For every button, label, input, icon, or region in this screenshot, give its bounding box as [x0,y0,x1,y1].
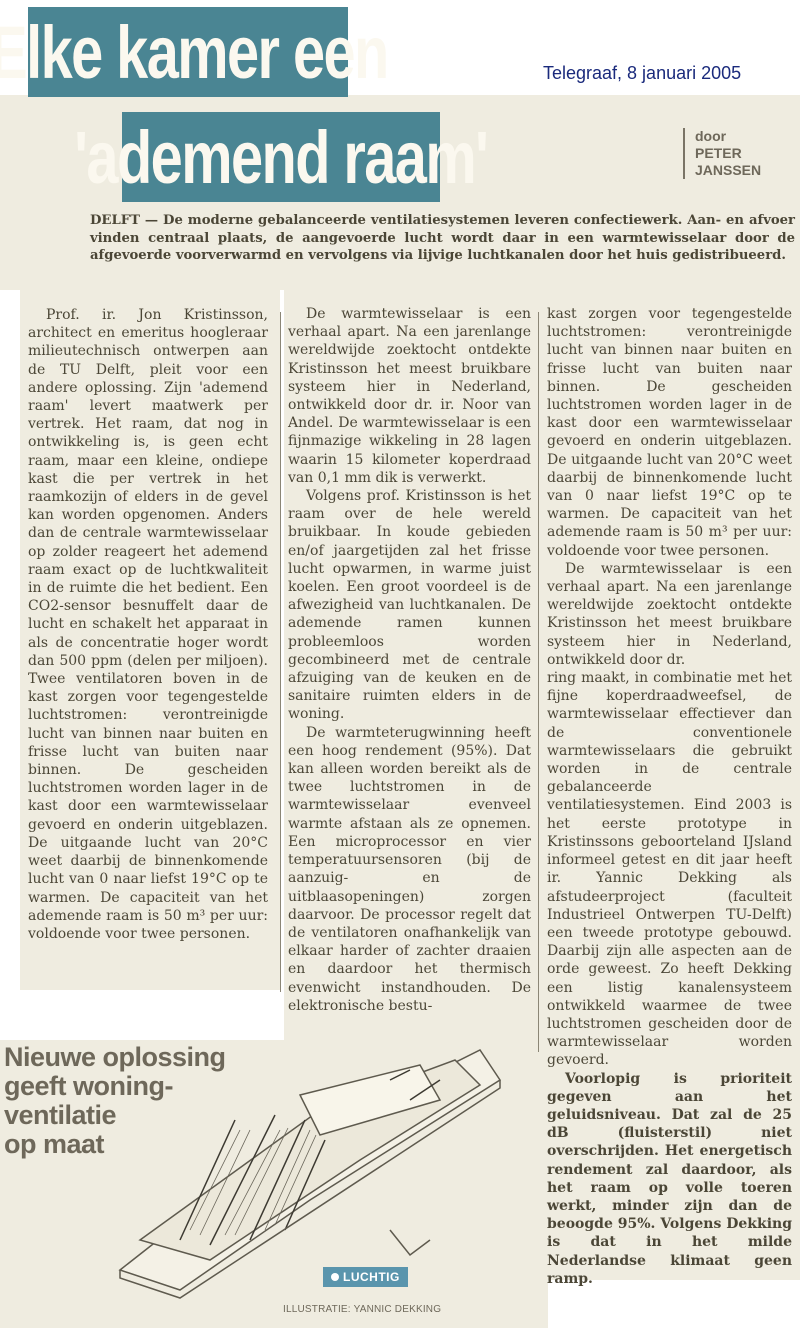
lead-paragraph: DELFT — De moderne gebalanceerde ventila… [90,212,795,265]
column-divider-1 [280,312,281,992]
byline-prefix: door [695,128,761,145]
illustration-title-line-3: ventilatie [4,1101,226,1130]
illustration-tag-label: LUCHTIG [343,1270,400,1284]
illustration-credit: ILLUSTRATIE: YANNIC DEKKING [283,1304,441,1315]
column-3-paragraph-1: kast zorgen voor tegengestelde luchtstro… [547,305,792,560]
headline-text-2: 'ademend raam' [74,115,487,200]
article-column-1: Prof. ir. Jon Kristinsson, architect en … [28,306,268,943]
headline-line-2: 'ademend raam' [122,112,440,202]
bullet-icon [331,1273,339,1281]
illustration-title-line-2: geeft woning- [4,1072,226,1101]
column-2-paragraph-2: Volgens prof. Kristinsson is het raam ov… [288,487,531,724]
article-column-3: kast zorgen voor tegengestelde luchtstro… [547,305,792,1288]
illustration-title-line-4: op maat [4,1130,226,1159]
illustration-tag: LUCHTIG [323,1267,408,1287]
headline-line-1: Elke kamer een [28,7,348,97]
article-column-2: De warmtewisselaar is een verhaal apart.… [288,305,531,1015]
column-2-paragraph-1: De warmtewisselaar is een verhaal apart.… [288,305,531,487]
column-3-paragraph-3: ring maakt, in combinatie met het fijne … [547,669,792,1069]
column-1-paragraph-1: Prof. ir. Jon Kristinsson, architect en … [28,306,268,943]
illustration-title: Nieuwe oplossing geeft woning- ventilati… [4,1043,226,1159]
column-3-paragraph-2: De warmtewisselaar is een verhaal apart.… [547,560,792,669]
headline-text-1: Elke kamer een [0,10,387,95]
source-date: Telegraaf, 8 januari 2005 [543,63,741,84]
byline-name-first: PETER [695,145,761,162]
column-2-paragraph-3: De warmteterugwinning heeft een hoog ren… [288,724,531,1015]
illustration-title-line-1: Nieuwe oplossing [4,1043,226,1072]
byline-name-last: JANSSEN [695,162,761,179]
column-3-paragraph-4: Voorlopig is prioriteit gegeven aan het … [547,1070,792,1288]
column-divider-2 [538,312,539,1052]
byline: door PETER JANSSEN [683,128,761,179]
